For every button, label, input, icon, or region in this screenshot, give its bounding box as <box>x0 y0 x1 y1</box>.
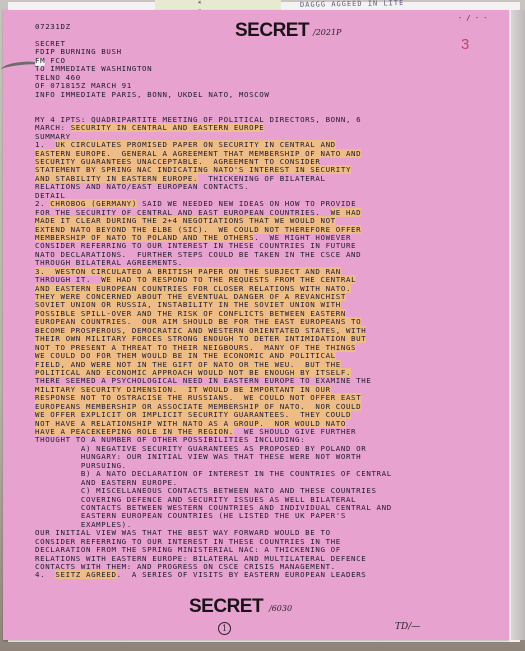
telegram-line: FDIP BURNING BUSH <box>35 48 505 56</box>
telegram-line: TO IMMEDIATE WASHINGTON <box>35 65 505 73</box>
highlighted-text: WE COULD DO FOR THEM WOULD BE IN THE ECO… <box>35 351 336 360</box>
text-segment: THROUGH BILATERAL AGREEMENTS. <box>35 258 183 267</box>
highlighted-text: MADE IT CLEAR DURING THE 2+4 NEGOTIATION… <box>35 216 336 225</box>
text-segment: INFO IMMEDIATE PARIS, BONN, UKDEL NATO, … <box>35 90 270 99</box>
classification-stamp-bottom: SECRET <box>189 596 263 618</box>
handwritten-stamp-note-bottom: /6030 <box>269 604 292 613</box>
text-segment: . A SERIES OF VISITS BY EASTERN EUROPEAN… <box>117 570 367 579</box>
telegram-line: INFO IMMEDIATE PARIS, BONN, UKDEL NATO, … <box>35 91 505 99</box>
telegram-body: 07231DZSECRETFDIP BURNING BUSHFM FCOTO I… <box>35 23 505 580</box>
highlighted-text: THEIR OWN MILITARY FORCES STRONG ENOUGH … <box>35 334 366 343</box>
telegram-line: 4. SEITZ AGREED. A SERIES OF VISITS BY E… <box>35 571 505 579</box>
highlighted-text: SEITZ AGREED <box>55 570 116 579</box>
highlighted-text: EUROPEAN COUNTRIES. OUR AIM SHOULD BE FO… <box>35 317 361 326</box>
telegram-line <box>35 31 505 39</box>
telegram-line: MARCH: SECURITY IN CENTRAL AND EASTERN E… <box>35 124 505 132</box>
text-segment: 07231DZ <box>35 22 71 31</box>
highlighted-text: WE HAD TO RESPOND TO THE REQUESTS FROM T… <box>101 275 356 284</box>
highlighted-text: UK CIRCULATES PROMISED PAPER ON SECURITY… <box>55 140 335 149</box>
highlighted-text: WE OFFER EXPLICIT OR IMPLICIT SECURITY G… <box>35 410 351 419</box>
text-segment: 1. <box>35 140 55 149</box>
telegram-line: 07231DZ <box>35 23 505 31</box>
telegram-line: RELATIONS AND NATO/EAST EUROPEAN CONTACT… <box>35 183 505 191</box>
corner-handwriting: - / - - <box>458 14 488 22</box>
text-segment: 4. <box>35 570 55 579</box>
highlighted-text: RESPONSE NOT TO OSTRACISE THE RUSSIANS. … <box>35 393 361 402</box>
telegram-line <box>35 99 505 107</box>
circled-sheet-number: 1 <box>218 622 231 635</box>
stacked-pages-edge <box>511 10 525 640</box>
text-segment: THROUGH IT. <box>35 275 101 284</box>
telegram-page: SECRET /2021P - / - - 3 07231DZSECRETFDI… <box>3 10 509 640</box>
text-segment: RELATIONS AND NATO/EAST EUROPEAN CONTACT… <box>35 182 249 191</box>
handwritten-initials: TD/— <box>395 622 420 632</box>
highlighted-text: SECURITY IN CENTRAL AND EASTERN EUROPE <box>71 123 265 132</box>
